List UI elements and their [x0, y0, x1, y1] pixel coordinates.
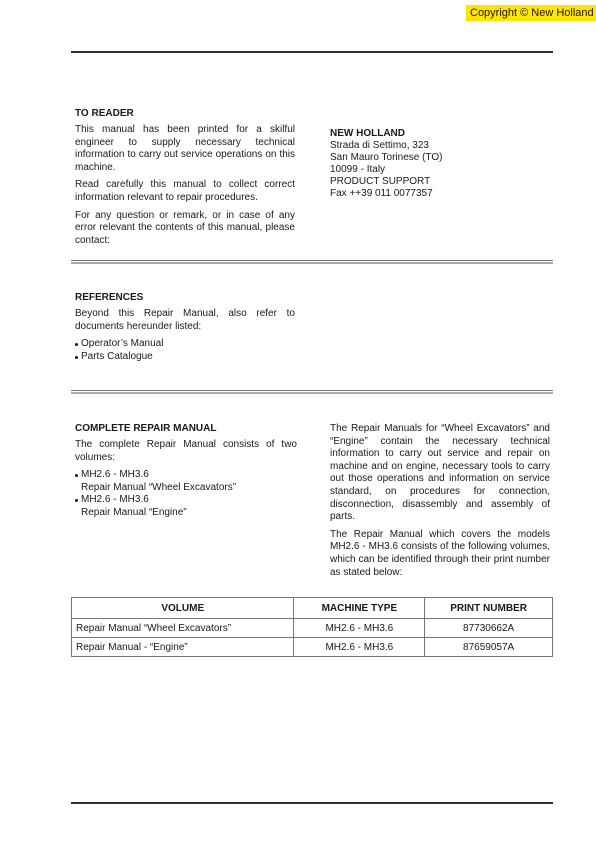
references-title: REFERENCES	[75, 292, 295, 304]
column-header-volume: VOLUME	[72, 598, 294, 619]
complete-manual-title: COMPLETE REPAIR MANUAL	[75, 423, 297, 435]
volume-name: Repair Manual “Engine”	[81, 507, 297, 520]
fax-line: Fax ++39 011 0077357	[330, 188, 550, 200]
to-reader-paragraph: For any question or remark, or in case o…	[75, 210, 295, 248]
description-paragraph: The Repair Manuals for “Wheel Excavators…	[330, 423, 550, 524]
contact-company: NEW HOLLAND	[330, 128, 550, 140]
section-divider	[71, 260, 553, 264]
to-reader-paragraph: This manual has been printed for a skilf…	[75, 124, 295, 174]
complete-manual-description: The Repair Manuals for “Wheel Excavators…	[330, 423, 550, 584]
volume-models: MH2.6 - MH3.6	[81, 469, 297, 482]
address-line: PRODUCT SUPPORT	[330, 176, 550, 188]
list-item: Parts Catalogue	[75, 351, 295, 364]
print-number-cell: 87659057A	[425, 638, 553, 657]
top-rule	[71, 51, 553, 53]
to-reader-title: TO READER	[75, 108, 295, 120]
print-number-cell: 87730662A	[425, 619, 553, 638]
copyright-badge: Copyright © New Holland	[466, 5, 596, 21]
list-item: Operator’s Manual	[75, 338, 295, 351]
description-paragraph: The Repair Manual which covers the model…	[330, 529, 550, 579]
bottom-rule	[71, 802, 553, 804]
volumes-table: VOLUME MACHINE TYPE PRINT NUMBER Repair …	[71, 597, 553, 657]
volumes-list: MH2.6 - MH3.6 Repair Manual “Wheel Excav…	[75, 469, 297, 519]
volume-cell: Repair Manual “Wheel Excavators”	[72, 619, 294, 638]
references-list: Operator’s Manual Parts Catalogue	[75, 338, 295, 363]
contact-block: NEW HOLLAND Strada di Settimo, 323 San M…	[330, 128, 550, 200]
table-header-row: VOLUME MACHINE TYPE PRINT NUMBER	[72, 598, 553, 619]
volume-name: Repair Manual “Wheel Excavators”	[81, 482, 297, 495]
column-header-machine-type: MACHINE TYPE	[294, 598, 425, 619]
column-header-print-number: PRINT NUMBER	[425, 598, 553, 619]
section-divider	[71, 390, 553, 394]
table-row: Repair Manual - “Engine” MH2.6 - MH3.6 8…	[72, 638, 553, 657]
volume-cell: Repair Manual - “Engine”	[72, 638, 294, 657]
complete-manual-intro: The complete Repair Manual consists of t…	[75, 439, 297, 464]
machine-type-cell: MH2.6 - MH3.6	[294, 619, 425, 638]
address-line: San Mauro Torinese (TO)	[330, 152, 550, 164]
machine-type-cell: MH2.6 - MH3.6	[294, 638, 425, 657]
references-intro: Beyond this Repair Manual, also refer to…	[75, 308, 295, 333]
table-row: Repair Manual “Wheel Excavators” MH2.6 -…	[72, 619, 553, 638]
address-line: 10099 - Italy	[330, 164, 550, 176]
complete-manual-section: COMPLETE REPAIR MANUAL The complete Repa…	[75, 423, 297, 520]
address-line: Strada di Settimo, 323	[330, 140, 550, 152]
list-item: MH2.6 - MH3.6 Repair Manual “Wheel Excav…	[75, 469, 297, 494]
volume-models: MH2.6 - MH3.6	[81, 494, 297, 507]
list-item: MH2.6 - MH3.6 Repair Manual “Engine”	[75, 494, 297, 519]
references-section: REFERENCES Beyond this Repair Manual, al…	[75, 292, 295, 363]
to-reader-paragraph: Read carefully this manual to collect co…	[75, 179, 295, 204]
to-reader-section: TO READER This manual has been printed f…	[75, 108, 295, 252]
